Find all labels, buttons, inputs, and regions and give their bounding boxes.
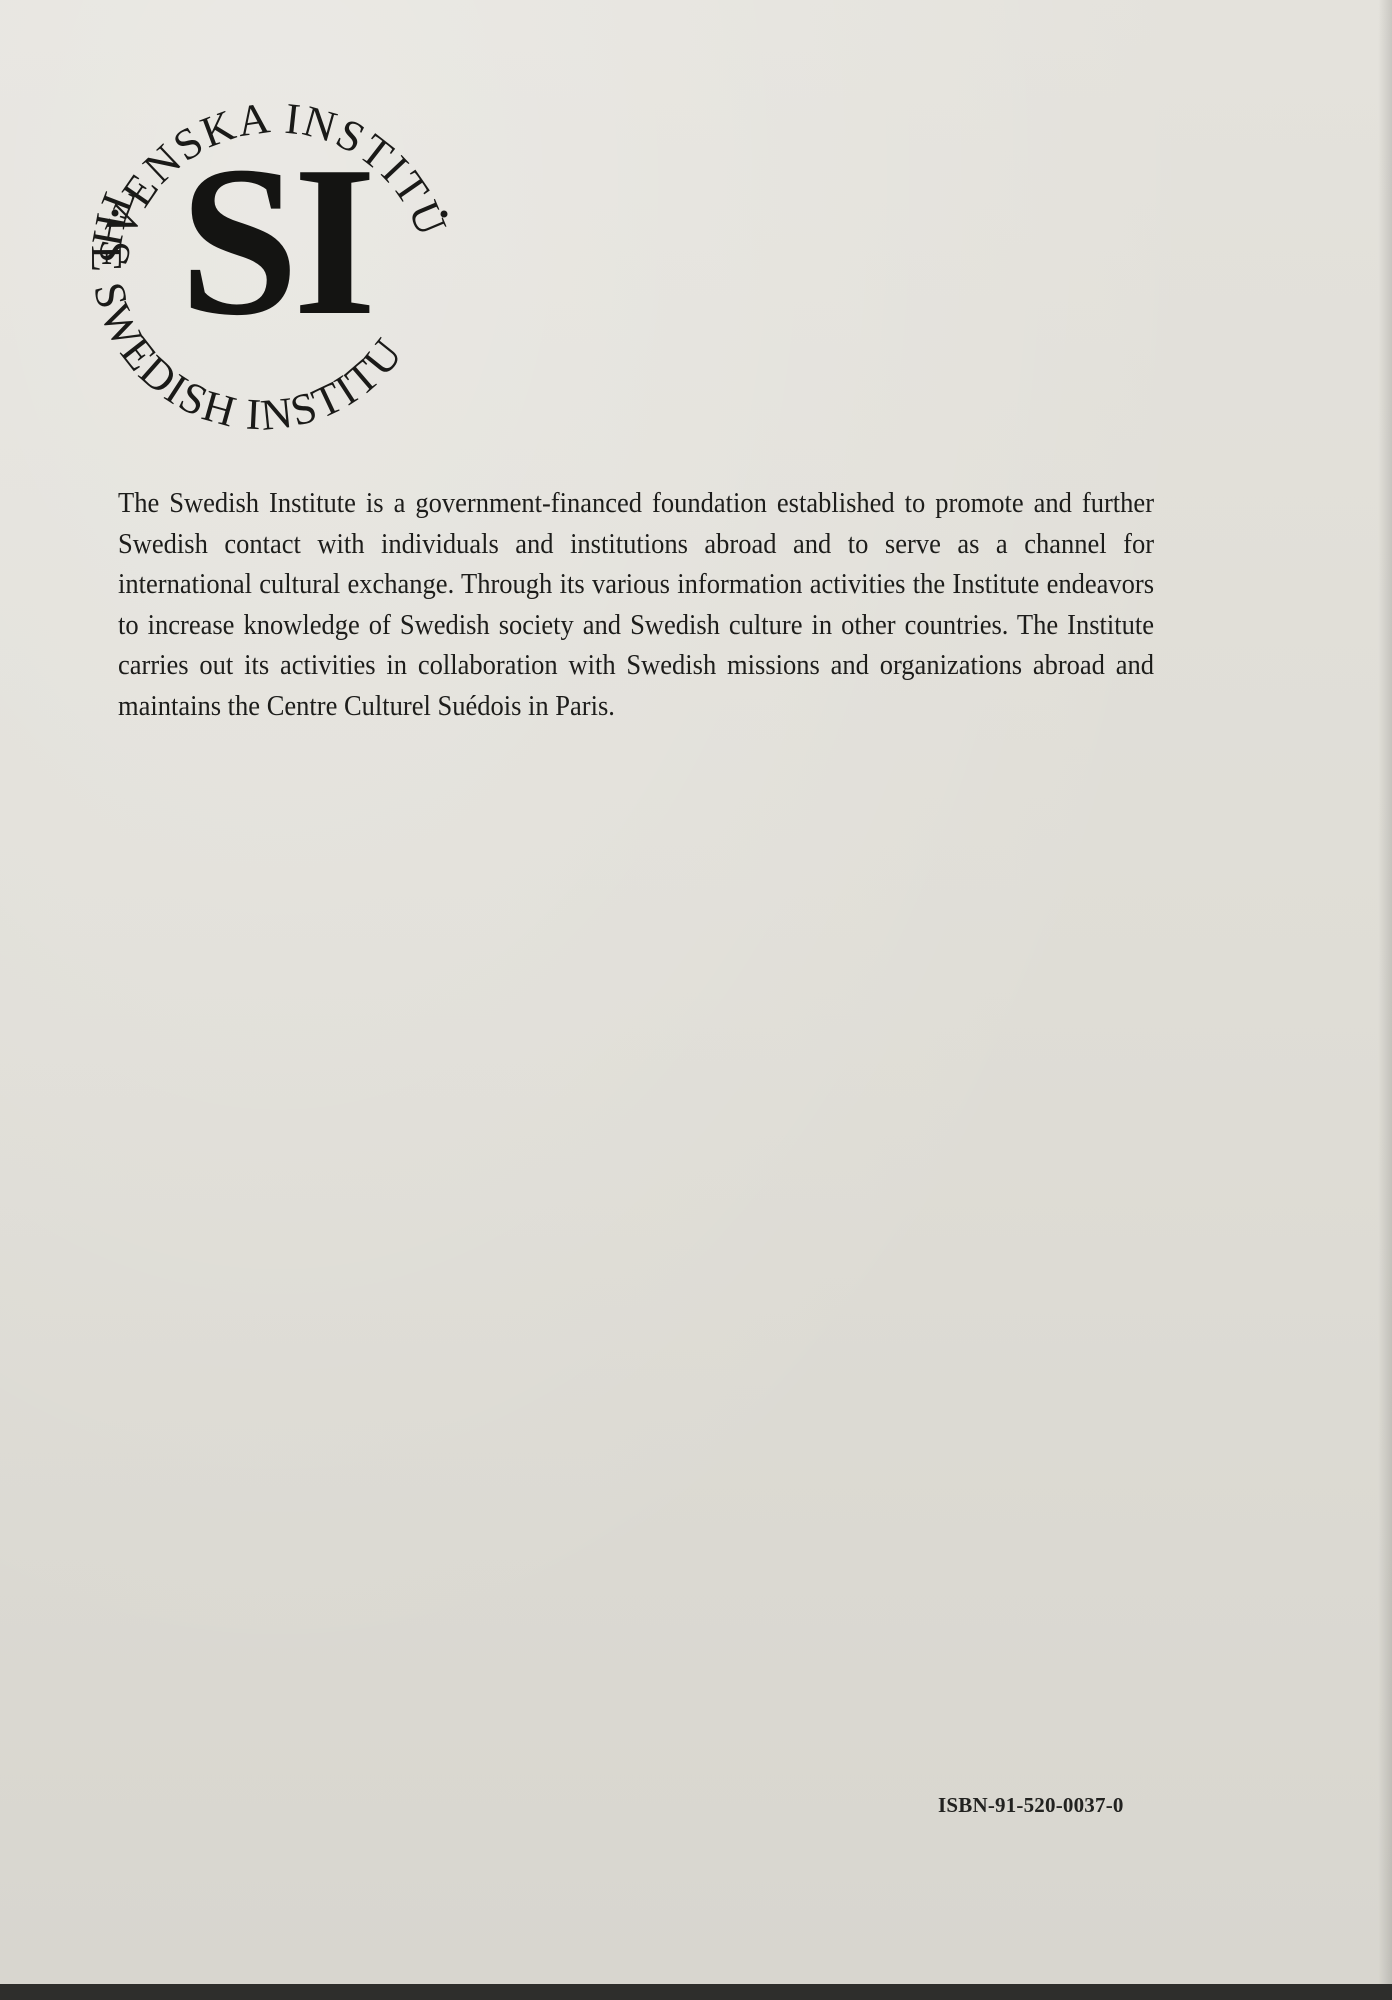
- logo-separator-dot: [112, 210, 119, 217]
- back-cover: SI SVENSKA INSTITUTET THE SWEDISH INSTIT…: [0, 0, 1392, 1984]
- isbn-number: ISBN-91-520-0037-0: [938, 1793, 1124, 1818]
- logo-separator-dot: [441, 211, 448, 218]
- swedish-institute-logo: SI SVENSKA INSTITUTET THE SWEDISH INSTIT…: [75, 35, 475, 435]
- bottom-edge-shadow: [0, 1984, 1392, 2000]
- institute-description: The Swedish Institute is a government-fi…: [118, 484, 1154, 727]
